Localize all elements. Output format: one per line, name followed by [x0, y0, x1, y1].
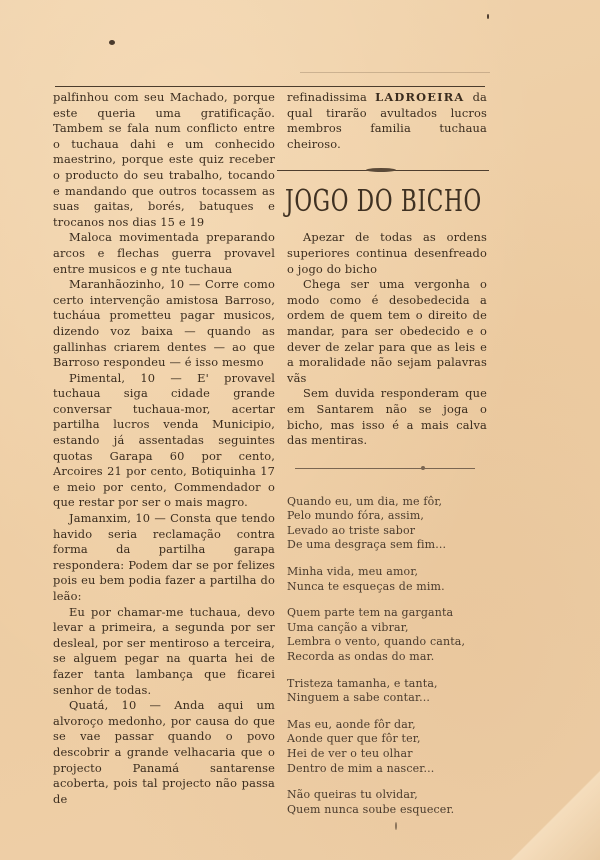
poem-verse: Aonde quer que fôr ter, — [287, 732, 487, 747]
poem-verse: Hei de ver o teu olhar — [287, 747, 487, 762]
poem-stanza: Não queiras tu olvidar,Quem nunca soube … — [287, 788, 487, 817]
poem-verse: Nunca te esqueças de mim. — [287, 580, 487, 595]
emphasis-word: LADROEIRA — [375, 90, 464, 104]
poem-stanza: Minha vida, meu amor,Nunca te esqueças d… — [287, 565, 487, 594]
article-title: JOGO DO BICHO — [285, 184, 430, 220]
poem: Quando eu, um dia, me fôr,Pelo mundo fór… — [287, 495, 487, 818]
left-paragraph: palfinhou com seu Machado, porque este q… — [53, 90, 275, 230]
left-paragraph: Jamanxim, 10 — Consta que tendo havido s… — [53, 511, 275, 605]
left-paragraph: Pimental, 10 — E' provavel tuchaua siga … — [53, 371, 275, 511]
poem-stanza: Tristeza tamanha, e tanta,Ninguem a sabe… — [287, 677, 487, 706]
left-paragraph: Eu por chamar-me tuchaua, devo levar a p… — [53, 605, 275, 699]
poem-verse: Recorda as ondas do mar. — [287, 650, 487, 665]
faint-top-rule — [300, 72, 490, 73]
poem-verse: Dentro de mim a nascer... — [287, 762, 487, 777]
continuation-paragraph: refinadissima LADROEIRA da qual tirarão … — [287, 90, 487, 152]
poem-verse: Ninguem a sabe contar... — [287, 691, 487, 706]
poem-verse: Mas eu, aonde fôr dar, — [287, 718, 487, 733]
ornamental-rule — [277, 166, 489, 176]
article-paragraph: Chega ser uma vergonha o modo como é des… — [287, 277, 487, 386]
poem-verse: Quem nunca soube esquecer. — [287, 803, 487, 818]
poem-verse: Tristeza tamanha, e tanta, — [287, 677, 487, 692]
poem-verse: Não queiras tu olvidar, — [287, 788, 487, 803]
section-divider — [295, 465, 475, 473]
continuation-text-before: refinadissima — [287, 90, 367, 104]
left-paragraph: Maranhãozinho, 10 — Corre como certo int… — [53, 277, 275, 371]
article-paragraph: Sem duvida responderam que em Santarem n… — [287, 386, 487, 448]
article-paragraph: Apezar de todas as ordens superiores con… — [287, 230, 487, 277]
left-paragraph: Maloca movimentada preparando arcos e fl… — [53, 230, 275, 277]
left-paragraph: Quatá, 10 — Anda aqui um alvoroço medonh… — [53, 698, 275, 807]
poem-verse: De uma desgraça sem fim... — [287, 538, 487, 553]
poem-verse: Minha vida, meu amor, — [287, 565, 487, 580]
poem-verse: Uma canção a vibrar, — [287, 621, 487, 636]
ink-speck — [487, 14, 489, 19]
right-column: refinadissima LADROEIRA da qual tirarão … — [287, 90, 487, 829]
article-body: Apezar de todas as ordens superiores con… — [287, 230, 487, 448]
page-corner-fold — [510, 750, 600, 860]
poem-stanza: Quem parte tem na gargantaUma canção a v… — [287, 606, 487, 664]
poem-verse: Levado ao triste sabor — [287, 524, 487, 539]
poem-stanza: Quando eu, um dia, me fôr,Pelo mundo fór… — [287, 495, 487, 553]
top-rule — [55, 86, 485, 87]
poem-verse: Quem parte tem na garganta — [287, 606, 487, 621]
ink-speck — [109, 40, 115, 45]
poem-verse: Pelo mundo fóra, assim, — [287, 509, 487, 524]
poem-verse: Quando eu, um dia, me fôr, — [287, 495, 487, 510]
left-column: palfinhou com seu Machado, porque este q… — [53, 90, 275, 807]
poem-verse: Lembra o vento, quando canta, — [287, 635, 487, 650]
poem-stanza: Mas eu, aonde fôr dar,Aonde quer que fôr… — [287, 718, 487, 776]
